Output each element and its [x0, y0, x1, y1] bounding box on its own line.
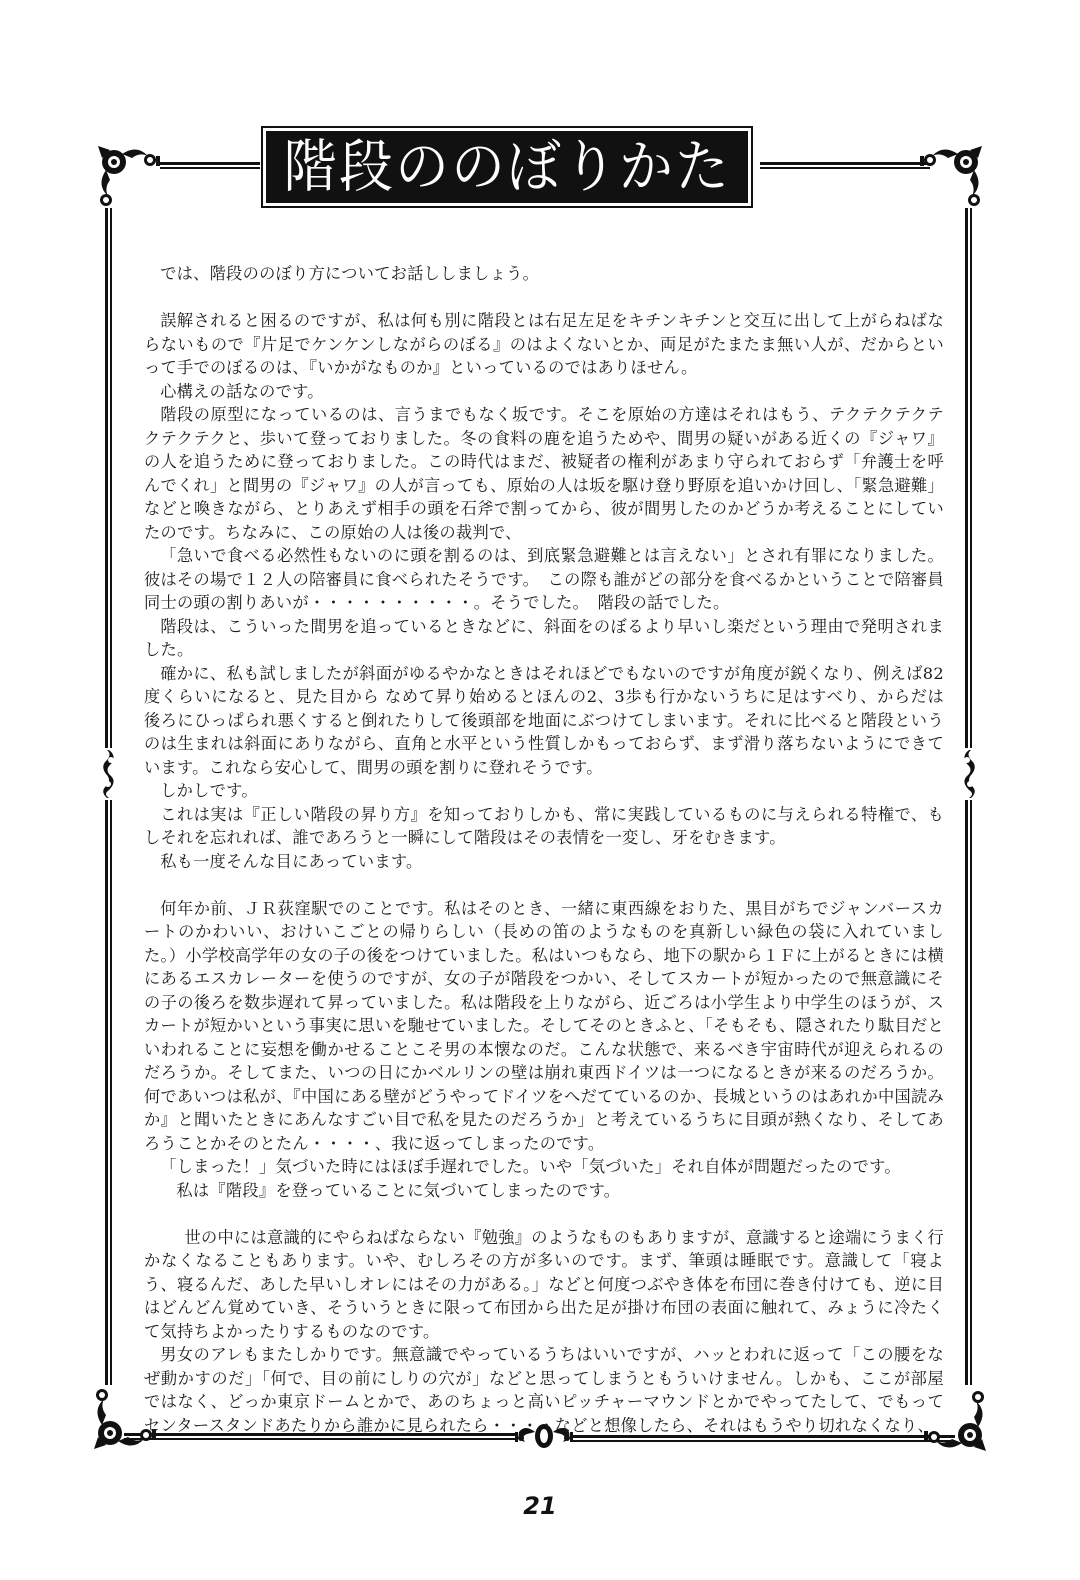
page-number: 21 — [0, 1492, 1080, 1520]
paragraph: 確かに、私も試しましたが斜面がゆるやかなときはそれほどでもないのですが角度が鋭く… — [144, 662, 944, 780]
paragraph: しかしです。 — [144, 779, 944, 803]
paragraph: 何年か前、ＪＲ荻窪駅でのことです。私はそのとき、一緒に東西線をおりた、黒目がちで… — [144, 897, 944, 1156]
paragraph: では、階段ののぼり方についてお話ししましょう。 — [144, 262, 944, 286]
paragraph: 誤解されると困るのですが、私は何も別に階段とは右足左足をキチンキチンと交互に出し… — [144, 309, 944, 380]
paragraph: 心構えの話なのです。 — [144, 380, 944, 404]
paragraph-spacer — [144, 286, 944, 310]
right-rule-lower — [965, 800, 972, 1385]
right-rule-upper — [965, 208, 972, 748]
paragraph: 男女のアレもまたしかりです。無意識でやっているうちはいいですが、ハッとわれに返っ… — [144, 1343, 944, 1437]
title-banner: 階段ののぼりかた — [266, 131, 748, 203]
top-left-rule — [160, 162, 260, 169]
top-right-rule — [760, 162, 930, 169]
paragraph: これは実は『正しい階段の昇り方』を知っておりしかも、常に実践しているものに与えら… — [144, 803, 944, 850]
left-rule-lower — [105, 800, 112, 1385]
paragraph: 「しまった！」気づいた時にはほぼ手遅れでした。いや「気づいた」それ自体が問題だっ… — [144, 1155, 944, 1179]
article-body: では、階段ののぼり方についてお話ししましょう。誤解されると困るのですが、私は何も… — [144, 262, 944, 1437]
paragraph-spacer — [144, 873, 944, 897]
corner-ornament-icon — [918, 140, 988, 210]
side-scroll-ornament-icon — [100, 748, 118, 800]
paragraph: 世の中には意識的にやらねばならない『勉強』のようなものもありますが、意識すると途… — [144, 1226, 944, 1344]
corner-ornament-icon — [92, 140, 162, 210]
paragraph: 「急いで食べる必然性もないのに頭を割るのは、到底緊急避難とは言えない」とされ有罪… — [144, 544, 944, 615]
paragraph-spacer — [144, 1202, 944, 1226]
left-rule-upper — [105, 208, 112, 748]
paragraph: 私は『階段』を登っていることに気づいてしまったのです。 — [144, 1179, 944, 1203]
paragraph: 私も一度そんな目にあっています。 — [144, 850, 944, 874]
paragraph: 階段の原型になっているのは、言うまでもなく坂です。そこを原始の方達はそれはもう、… — [144, 403, 944, 544]
side-scroll-ornament-icon — [960, 748, 978, 800]
page-title: 階段ののぼりかた — [283, 139, 731, 196]
paragraph: 階段は、こういった間男を追っているときなどに、斜面をのぼるより早いし楽だという理… — [144, 615, 944, 662]
